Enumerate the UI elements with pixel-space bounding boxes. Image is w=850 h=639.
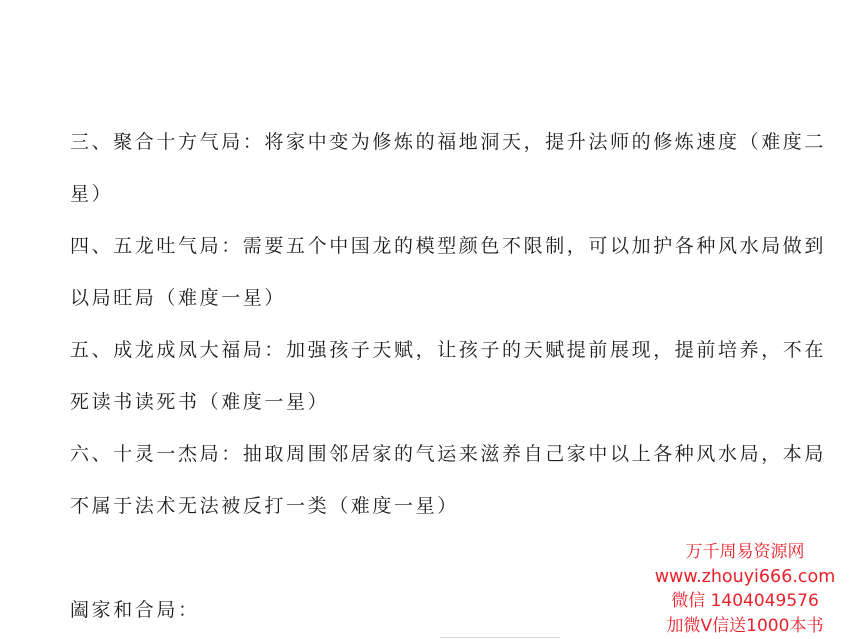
- document-page: 三、聚合十方气局：将家中变为修炼的福地洞天，提升法师的修炼速度（难度二 星） 四…: [0, 0, 850, 639]
- watermark-name: 万千周易资源网: [640, 540, 850, 565]
- paragraph-item-3-line-2: 星）: [70, 181, 770, 207]
- divider: [440, 637, 560, 638]
- paragraph-item-4-line-2: 以局旺局（难度一星）: [70, 285, 770, 311]
- paragraph-item-6-line-1: 六、十灵一杰局：抽取周围邻居家的气运来滋养自己家中以上各种风水局，本局: [70, 441, 770, 467]
- paragraph-item-4-line-1: 四、五龙吐气局：需要五个中国龙的模型颜色不限制，可以加护各种风水局做到: [70, 233, 770, 259]
- watermark-promo: 加微V信送1000本书: [640, 614, 850, 639]
- paragraph-item-5-line-1: 五、成龙成凤大福局：加强孩子天赋，让孩子的天赋提前展现，提前培养，不在: [70, 337, 770, 363]
- watermark-site: www.zhouyi666.com: [640, 565, 850, 590]
- paragraph-item-3-line-1: 三、聚合十方气局：将家中变为修炼的福地洞天，提升法师的修炼速度（难度二: [70, 129, 770, 155]
- paragraph-item-6-line-2: 不属于法术无法被反打一类（难度一星）: [70, 493, 770, 519]
- watermark: 万千周易资源网 www.zhouyi666.com 微信 1404049576 …: [640, 540, 850, 638]
- watermark-wechat: 微信 1404049576: [640, 589, 850, 614]
- paragraph-item-5-line-2: 死读书读死书（难度一星）: [70, 389, 770, 415]
